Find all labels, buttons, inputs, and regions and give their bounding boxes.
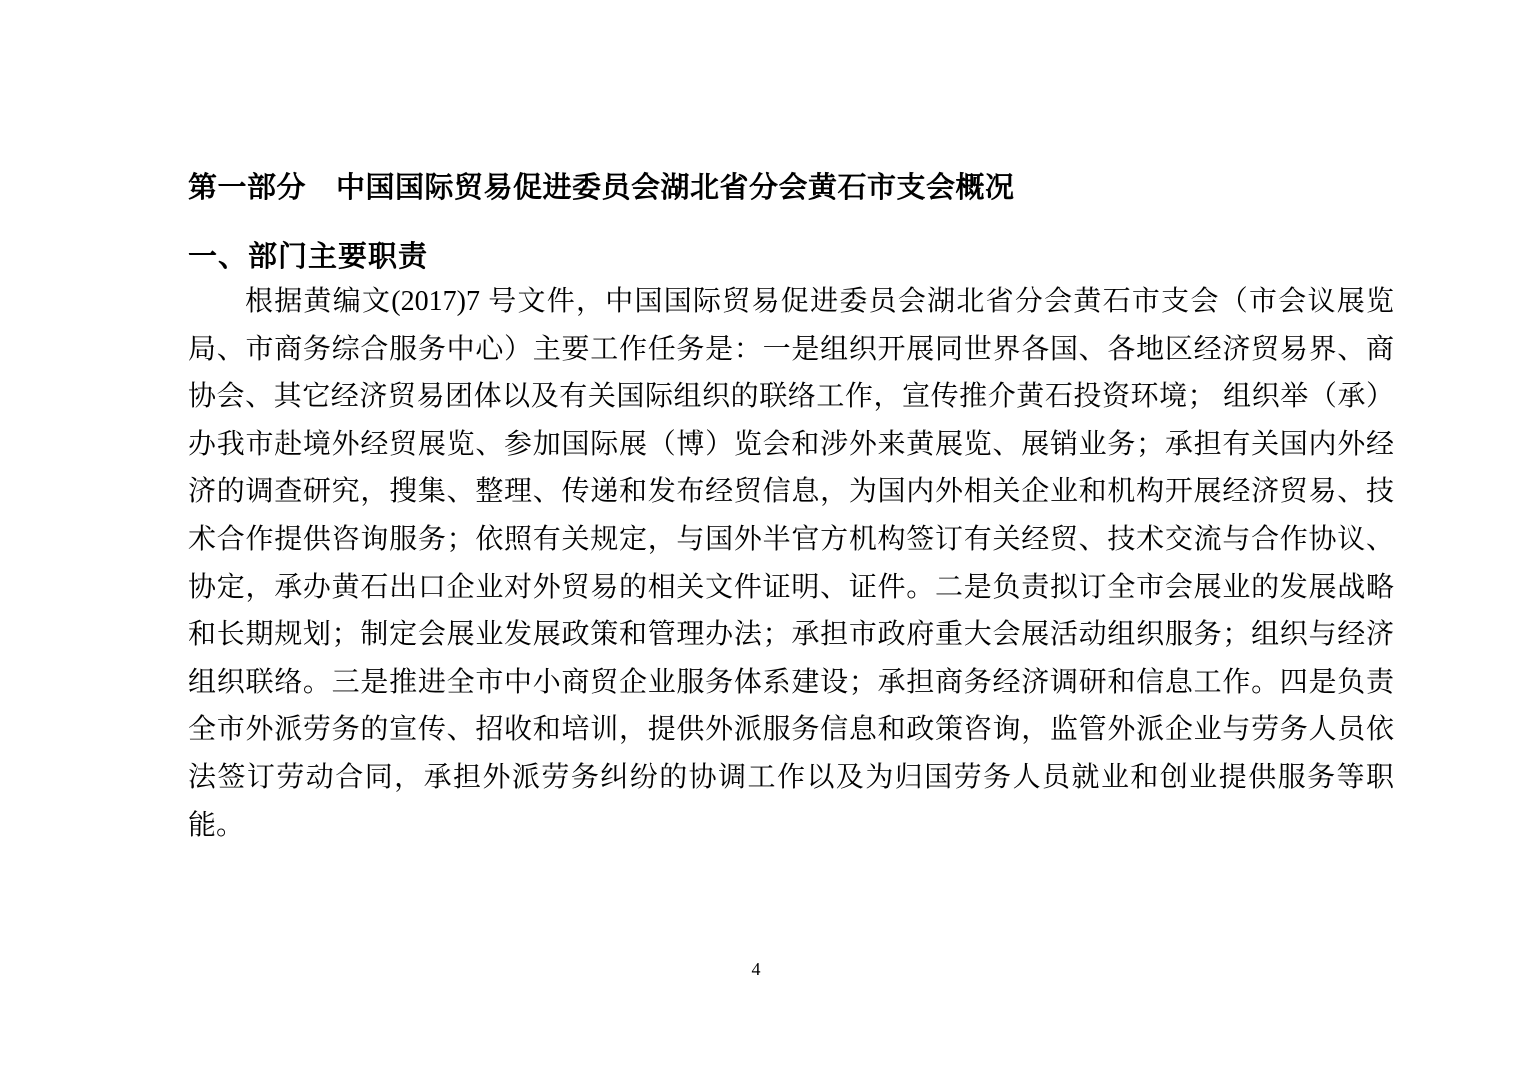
section-heading: 一、部门主要职责 xyxy=(188,237,1398,277)
page-title: 第一部分中国国际贸易促进委员会湖北省分会黄石市支会概况 xyxy=(188,168,1398,208)
paragraph-line: 全市外派劳务的宣传、招收和培训，提供外派服务信息和政策咨询，监管外派企业与劳务人… xyxy=(188,706,1394,754)
paragraph-line: 协定，承办黄石出口企业对外贸易的相关文件证明、证件。二是负责拟订全市会展业的发展… xyxy=(188,564,1394,612)
title-text: 中国国际贸易促进委员会湖北省分会黄石市支会概况 xyxy=(336,172,1015,204)
paragraph-line: 法签订劳动合同，承担外派劳务纠纷的协调工作以及为归国劳务人员就业和创业提供服务等… xyxy=(188,754,1394,802)
paragraph-line: 办我市赴境外经贸展览、参加国际展（博）览会和涉外来黄展览、展销业务；承担有关国内… xyxy=(188,421,1394,469)
paragraph-line: 根据黄编文(2017)7 号文件，中国国际贸易促进委员会湖北省分会黄石市支会（市… xyxy=(188,278,1394,326)
paragraph-line: 能。 xyxy=(188,802,1394,850)
document-page: 第一部分中国国际贸易促进委员会湖北省分会黄石市支会概况 一、部门主要职责 根据黄… xyxy=(0,0,1520,1074)
paragraph-line: 协会、其它经济贸易团体以及有关国际组织的联络工作，宣传推介黄石投资环境； 组织举… xyxy=(188,373,1394,421)
title-part-label: 第一部分 xyxy=(188,172,306,204)
paragraph-line: 组织联络。三是推进全市中小商贸企业服务体系建设；承担商务经济调研和信息工作。四是… xyxy=(188,659,1394,707)
body-paragraph: 根据黄编文(2017)7 号文件，中国国际贸易促进委员会湖北省分会黄石市支会（市… xyxy=(188,278,1394,849)
paragraph-line: 济的调查研究，搜集、整理、传递和发布经贸信息，为国内外相关企业和机构开展经济贸易… xyxy=(188,468,1394,516)
page-number: 4 xyxy=(0,956,1512,982)
paragraph-line: 和长期规划；制定会展业发展政策和管理办法；承担市政府重大会展活动组织服务；组织与… xyxy=(188,611,1394,659)
paragraph-line: 局、市商务综合服务中心）主要工作任务是：一是组织开展同世界各国、各地区经济贸易界… xyxy=(188,326,1394,374)
paragraph-line: 术合作提供咨询服务；依照有关规定，与国外半官方机构签订有关经贸、技术交流与合作协… xyxy=(188,516,1394,564)
